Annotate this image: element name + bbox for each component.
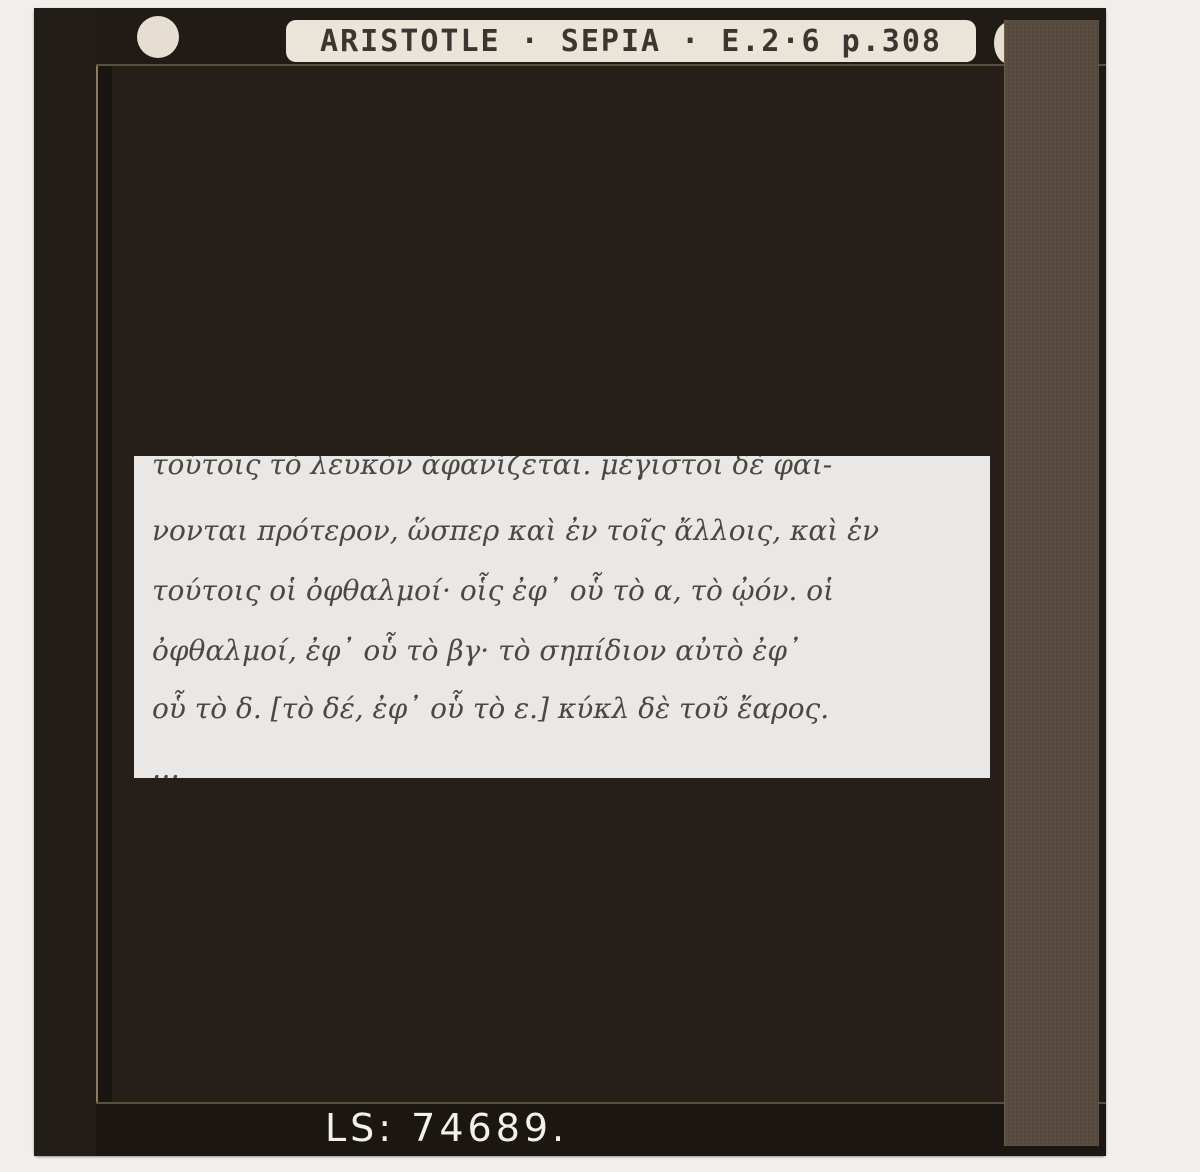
manuscript-line: ὀφθαλμοί, ἐφ᾽ οὗ τὸ βγ· τὸ σηπίδιον αὐτὸ… (152, 634, 801, 667)
orientation-dot (137, 16, 179, 58)
manuscript-line: νονται πρότερον, ὥσπερ καὶ ἐν τοῖς ἄλλοι… (152, 514, 879, 547)
slide-left-binding (34, 8, 98, 1156)
manuscript-line: οὗ τὸ δ. [τὸ δέ, ἐφ᾽ οὗ τὸ ε.] κύκλ δὲ τ… (152, 692, 829, 725)
slide-bottom-binding (96, 1102, 1106, 1156)
manuscript-line-partial: … (152, 752, 180, 778)
manuscript-line: τούτοις οἱ ὀφθαλμοί· οἷς ἐφ᾽ οὗ τὸ α, τὸ… (152, 574, 834, 607)
manuscript-excerpt: τούτοις τὸ λευκὸν ἀφανίζεται. μέγιστοι δ… (134, 456, 990, 778)
manuscript-line: τούτοις τὸ λευκὸν ἀφανίζεται. μέγιστοι δ… (152, 456, 832, 481)
catalog-number: LS: 74689. (325, 1106, 568, 1150)
slide-title-label: ARISTOTLE · SEPIA · E.2·6 p.308 (286, 20, 976, 62)
binding-tape (1004, 20, 1099, 1146)
